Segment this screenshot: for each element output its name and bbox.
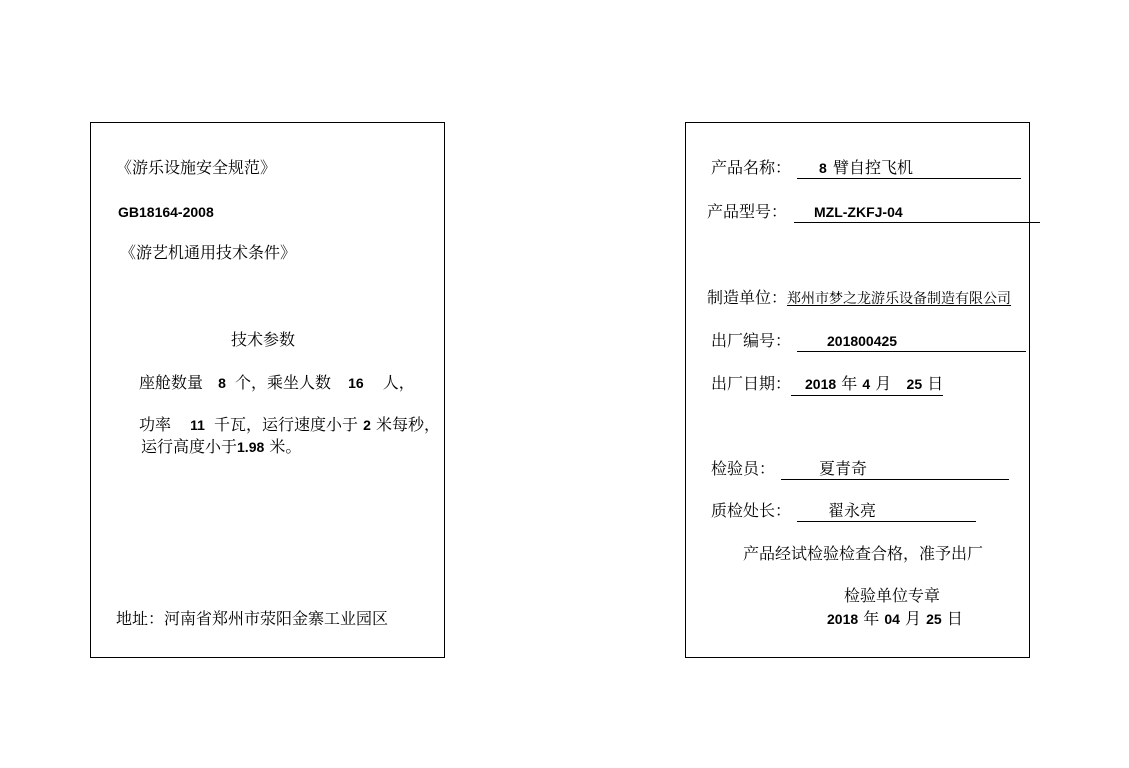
cabin-riders-line: 座舱数量 8 个，乘坐人数 16 人， [139,373,415,393]
date-day-unit: 日 [927,374,943,393]
rider-count: 16 [348,375,364,391]
product-certificate-card: 产品名称： 8 臂自控飞机 产品型号： MZL-ZKFJ-04 制造单位：郑州市… [685,122,1030,658]
qc-head-value: 翟永亮 [797,501,976,522]
manufacture-date-field: 出厂日期：2018 年 4 月 25 日 [711,374,943,396]
product-model-label: 产品型号： [707,202,787,222]
manufacturer-field: 制造单位：郑州市梦之龙游乐设备制造有限公司 [707,288,1011,309]
standard-title-2: 《游艺机通用技术条件》 [120,243,296,263]
date-day: 25 [907,376,923,392]
seal-date-year-unit: 年 [863,609,879,628]
serial-no-field: 出厂编号： 201800425 [711,331,1031,351]
qc-head-name: 翟永亮 [828,501,876,521]
qc-head-field: 质检处长： 翟永亮 [711,501,1031,521]
seal-date-year: 2018 [827,611,858,627]
manufacture-date-value: 2018 年 4 月 25 日 [791,374,943,396]
serial-no-text: 201800425 [827,331,897,352]
address: 地址：河南省郑州市荥阳金寨工业园区 [116,609,388,629]
qc-head-label: 质检处长： [711,501,791,521]
approval-statement: 产品经试检验检查合格，准予出厂 [743,544,983,564]
product-model-field: 产品型号： MZL-ZKFJ-04 [707,202,1047,222]
height-unit: 米。 [269,437,301,456]
manufacture-date-label: 出厂日期： [711,374,791,394]
standard-title-1: 《游乐设施安全规范》 [116,158,276,178]
speed-unit: 米每秒， [376,415,440,434]
date-month-unit: 月 [875,374,891,393]
date-year: 2018 [805,376,836,392]
product-name-value: 8 臂自控飞机 [797,158,1021,179]
product-name-text: 臂自控飞机 [833,158,913,178]
height-line: 运行高度小于1.98 米。 [141,437,301,457]
inspection-seal: 检验单位专章 [844,586,940,606]
height-label: 运行高度小于 [141,437,237,456]
inspector-field: 检验员： 夏青奇 [711,459,1031,479]
cabin-label: 座舱数量 [139,373,203,392]
cabin-unit: 个，乘坐人数 [235,373,331,392]
power-unit: 千瓦，运行速度小于 [214,415,358,434]
inspector-label: 检验员： [711,459,775,479]
seal-date-day: 25 [926,611,942,627]
inspector-value: 夏青奇 [781,459,1009,480]
standard-code: GB18164-2008 [118,202,214,222]
speed-value: 2 [363,417,371,433]
product-model-value: MZL-ZKFJ-04 [794,202,1040,223]
tech-params-title: 技术参数 [231,330,295,350]
product-model-text: MZL-ZKFJ-04 [814,202,903,223]
arm-count: 8 [819,158,827,179]
rider-unit: 人， [383,373,415,392]
power-label: 功率 [139,415,171,434]
manufacturer-label: 制造单位： [707,288,787,308]
cabin-count: 8 [218,375,226,391]
seal-date-month: 04 [884,611,900,627]
manufacturer-value: 郑州市梦之龙游乐设备制造有限公司 [787,291,1011,307]
power-value: 11 [190,417,205,433]
product-name-field: 产品名称： 8 臂自控飞机 [711,158,1031,178]
standards-card: 《游乐设施安全规范》 GB18164-2008 《游艺机通用技术条件》 技术参数… [90,122,445,658]
seal-date-month-unit: 月 [905,609,921,628]
date-month: 4 [862,376,870,392]
product-name-label: 产品名称： [711,158,791,178]
power-speed-line: 功率 11 千瓦，运行速度小于 2 米每秒， [139,415,440,435]
seal-date: 2018 年 04 月 25 日 [827,609,963,629]
date-year-unit: 年 [841,374,857,393]
serial-no-value: 201800425 [797,331,1026,352]
seal-date-day-unit: 日 [947,609,963,628]
inspector-name: 夏青奇 [819,459,867,479]
height-value: 1.98 [237,439,264,455]
serial-no-label: 出厂编号： [711,331,791,351]
